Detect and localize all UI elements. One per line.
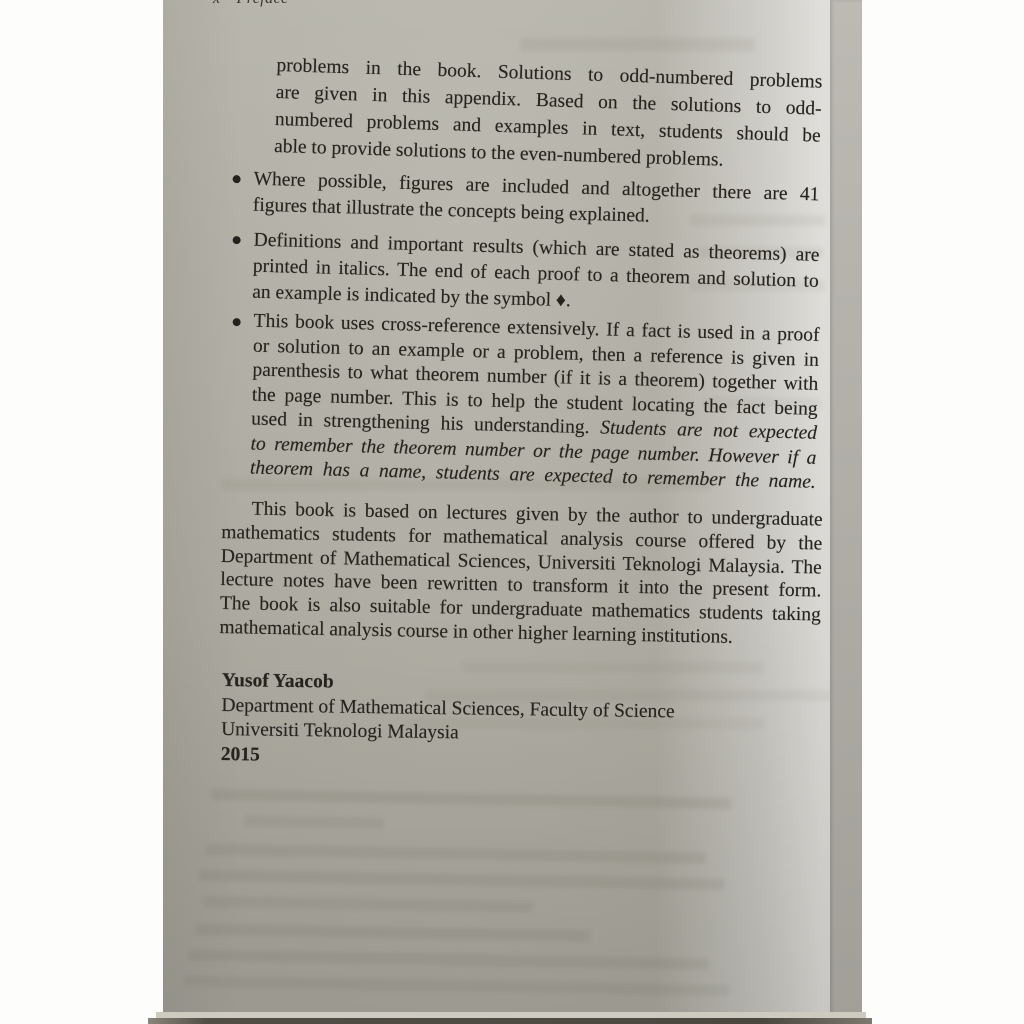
show-through-line (188, 950, 708, 970)
show-through-text (163, 0, 830, 1016)
book-fore-edge (830, 0, 862, 1016)
show-through-line (244, 816, 384, 829)
book-page: xPreface problems in the book. Solutions… (163, 0, 830, 1016)
show-through-line (195, 924, 590, 942)
show-through-line (203, 896, 533, 913)
show-through-line (200, 870, 725, 890)
show-through-line (211, 789, 731, 809)
show-through-line (206, 844, 706, 864)
page-bottom-shadow (148, 1018, 872, 1024)
show-through-line (184, 976, 729, 997)
